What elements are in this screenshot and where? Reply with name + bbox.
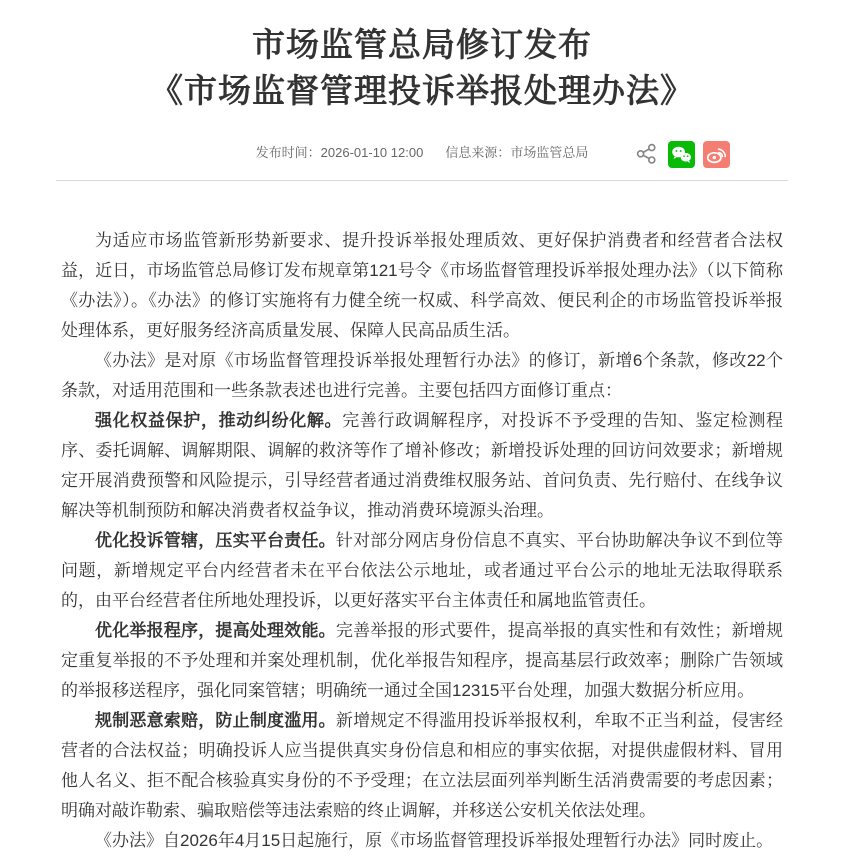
article-page: 市场监管总局修订发布 《市场监督管理投诉举报处理办法》 发布时间：2026-01… [56,0,788,856]
header-divider [56,180,788,181]
paragraph: 《办法》是对原《市场监督管理投诉举报处理暂行办法》的修订，新增6个条款，修改22… [61,346,783,406]
paragraph-lead: 优化投诉管辖，压实平台责任。 [95,531,336,550]
paragraph-text: 为适应市场监管新形势新要求、提升投诉举报处理质效、更好保护消费者和经营者合法权益… [61,231,783,340]
publish-time-label: 发布时间： [256,145,321,160]
paragraph: 优化投诉管辖，压实平台责任。针对部分网店身份信息不真实、平台协助解决争议不到位等… [61,526,783,616]
paragraph-text: 《办法》是对原《市场监督管理投诉举报处理暂行办法》的修订，新增6个条款，修改22… [61,351,783,400]
paragraph-lead: 规制恶意索赔，防止制度滥用。 [95,711,336,730]
weibo-share-button[interactable] [703,141,730,168]
paragraph: 规制恶意索赔，防止制度滥用。新增规定不得滥用投诉举报权利，牟取不正当利益，侵害经… [61,706,783,826]
share-icon [635,142,659,166]
paragraph-lead: 强化权益保护，推动纠纷化解。 [95,411,342,430]
paragraph: 《办法》自2026年4月15日起施行，原《市场监督管理投诉举报处理暂行办法》同时… [61,826,783,856]
wechat-share-button[interactable] [668,141,695,168]
wechat-icon [668,141,695,168]
source-value: 市场监管总局 [510,145,588,160]
paragraph: 为适应市场监管新形势新要求、提升投诉举报处理质效、更好保护消费者和经营者合法权益… [61,226,783,346]
paragraph: 强化权益保护，推动纠纷化解。完善行政调解程序，对投诉不予受理的告知、鉴定检测程序… [61,406,783,526]
article-body: 为适应市场监管新形势新要求、提升投诉举报处理质效、更好保护消费者和经营者合法权益… [56,226,788,856]
paragraph-text: 《办法》自2026年4月15日起施行，原《市场监督管理投诉举报处理暂行办法》同时… [95,831,773,850]
paragraph-lead: 优化举报程序，提高处理效能。 [95,621,336,640]
article-meta-row: 发布时间：2026-01-10 12:00信息来源：市场监管总局 [56,138,788,168]
source-label: 信息来源： [445,145,510,160]
paragraph: 优化举报程序，提高处理效能。完善举报的形式要件，提高举报的真实性和有效性；新增规… [61,616,783,706]
weibo-icon [703,141,730,168]
page-title-line1: 市场监管总局修订发布 [252,26,592,63]
share-toolbar [633,140,730,168]
page-title: 市场监管总局修订发布 《市场监督管理投诉举报处理办法》 [56,22,788,114]
share-button[interactable] [633,141,660,168]
publish-time-value: 2026-01-10 12:00 [321,145,424,160]
page-title-line2: 《市场监督管理投诉举报处理办法》 [150,72,694,109]
